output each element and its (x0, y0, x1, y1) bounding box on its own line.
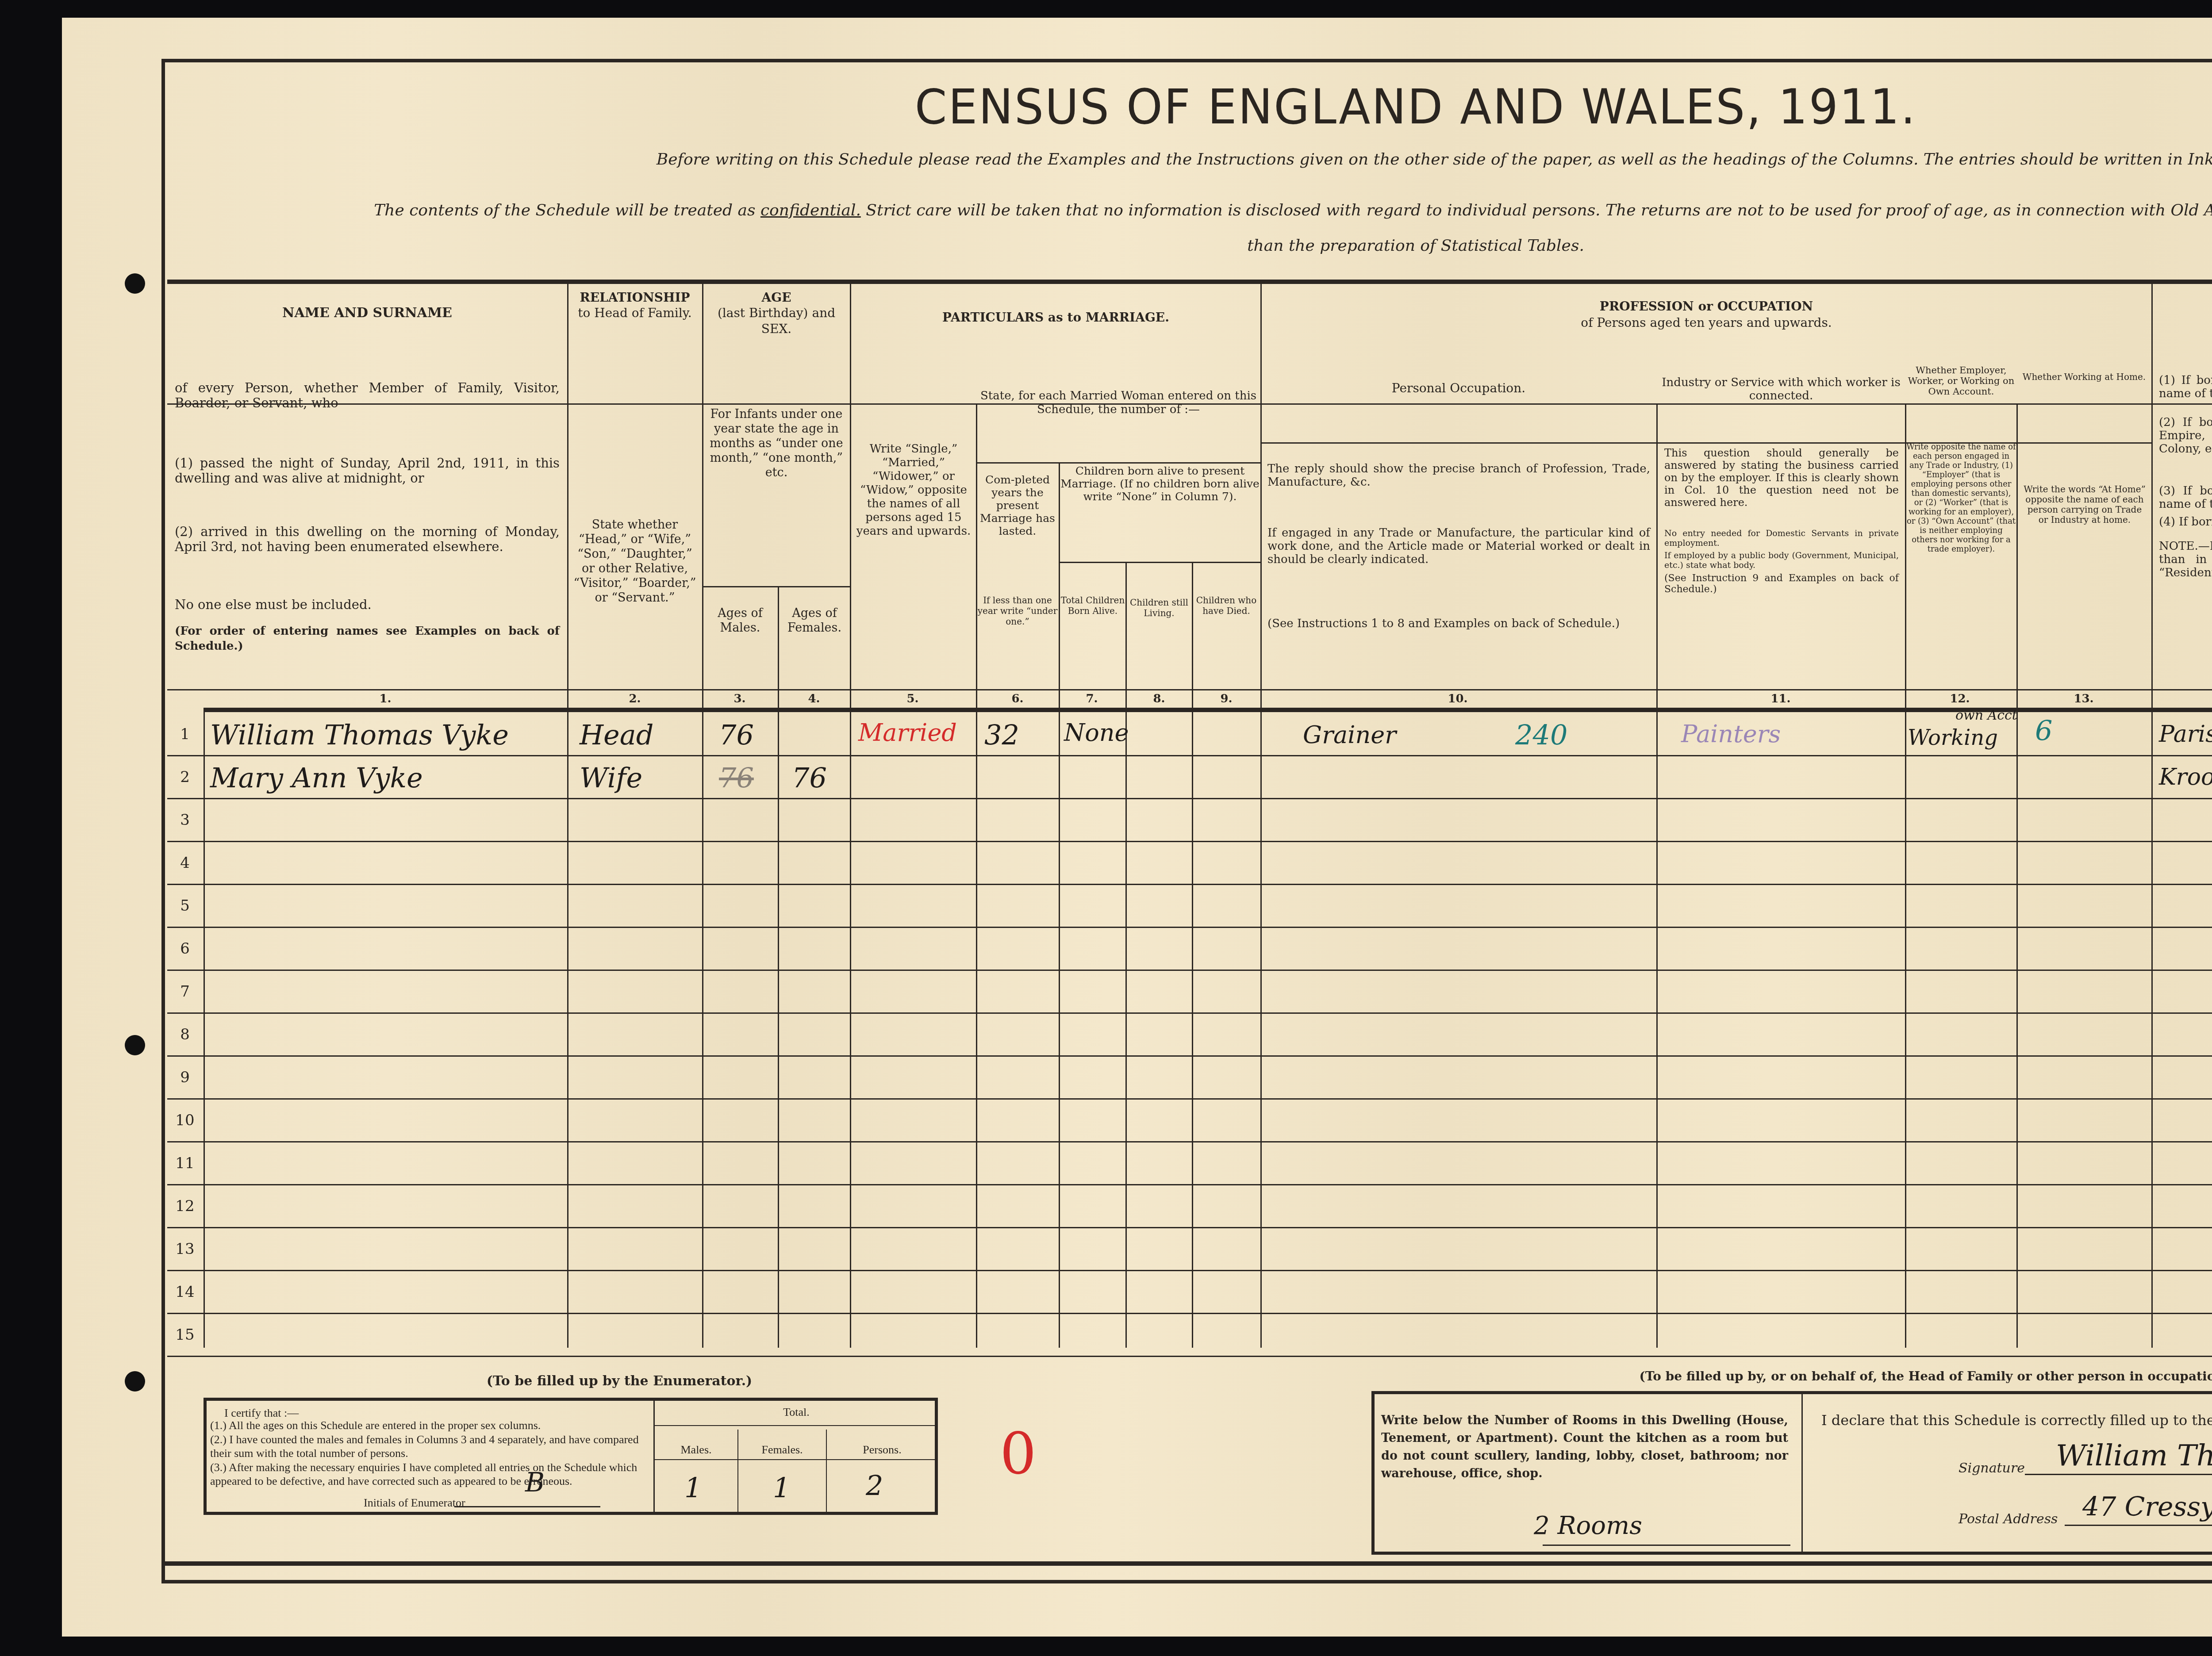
signature-line (2025, 1474, 2212, 1475)
header-employer-desc: Write opposite the name of each person e… (1906, 442, 2016, 554)
row-number: 1 (167, 725, 203, 743)
header-relationship: RELATIONSHIP (568, 290, 701, 306)
col-divider (1260, 280, 1262, 1348)
row-rule (167, 1098, 2212, 1100)
header-relationship-desc: State whether “Head,” or “Wife,” “Son,” … (571, 517, 699, 605)
total-males[interactable]: 1 (684, 1472, 702, 1504)
row-number: 14 (167, 1283, 203, 1301)
row-number: 5 (167, 897, 203, 915)
row-number: 15 (167, 1326, 203, 1344)
enumerator-heading: (To be filled up by the Enumerator.) (398, 1373, 841, 1389)
row-rule (167, 1313, 2212, 1314)
total-divider (826, 1430, 827, 1512)
header-birthplace-note: NOTE.—In the case of persons born elsewh… (2159, 540, 2212, 579)
signature-value[interactable]: William Thomas Vyke (2056, 1438, 2212, 1472)
row1-occupation-code: 240 (1515, 719, 1567, 751)
certify-1: (1.) All the ages on this Schedule are e… (210, 1418, 653, 1432)
row-rule (167, 1141, 2212, 1142)
header-name-desc2: (2) arrived in this dwelling on the morn… (175, 524, 560, 554)
row-number-divider (204, 712, 205, 1348)
row1-marriage[interactable]: Married (858, 719, 957, 747)
header-rule (167, 689, 2212, 690)
confidential-word: confidential. (760, 201, 861, 219)
row-number: 2 (167, 768, 203, 786)
header-marriage-completed-note: If less than one year write “under one.” (977, 595, 1058, 627)
row-number: 13 (167, 1240, 203, 1258)
row-number: 4 (167, 854, 203, 872)
row-rule (167, 1227, 2212, 1228)
row-rule (167, 1012, 2212, 1014)
header-home: Whether Working at Home. (2018, 372, 2151, 382)
header-marriage-children: Children born alive to present Marriage.… (1060, 464, 1260, 503)
row-rule (167, 1270, 2212, 1271)
address-line (2065, 1525, 2212, 1526)
header-personal-desc3: (See Instructions 1 to 8 and Examples on… (1267, 617, 1650, 630)
initials-label: Initials of Enumerator (364, 1496, 465, 1510)
total-females[interactable]: 1 (773, 1472, 790, 1504)
col-divider (702, 280, 703, 1348)
rooms-line (1543, 1545, 1790, 1546)
table-top-rule (167, 280, 2212, 284)
header-personal-desc1: The reply should show the precise branch… (1267, 462, 1650, 489)
column-number: 9. (1213, 692, 1240, 705)
certify-3: (3.) After making the necessary enquirie… (210, 1460, 653, 1488)
column-number: 6. (1004, 692, 1031, 705)
col-divider (1125, 562, 1127, 1348)
header-birthplace-d2: (2) If born in any other part of the Bri… (2159, 416, 2212, 456)
header-profession-sub: of Persons aged ten years and upwards. (1262, 315, 2151, 331)
header-birthplace: BIRTHPLACE (2153, 296, 2212, 312)
rooms-instruction: Write below the Number of Rooms in this … (1381, 1412, 1788, 1483)
column-number: 7. (1079, 692, 1105, 705)
row1-employer-annotation: own Acct (1955, 708, 2017, 723)
total-divider (737, 1430, 738, 1512)
header-name-desc3: No one else must be included. (175, 597, 560, 612)
punch-hole (125, 273, 145, 294)
row-number: 6 (167, 940, 203, 958)
header-industry-desc2: No entry needed for Domestic Servants in… (1664, 529, 1899, 548)
header-birthplace-d3: (3) If born in a Foreign Country, write … (2159, 484, 2212, 511)
total-label: Total. (655, 1405, 938, 1419)
header-marriage: PARTICULARS as to MARRIAGE. (851, 310, 1260, 326)
row1-occupation[interactable]: Grainer (1303, 721, 1396, 749)
row2-birthplace[interactable]: Kroom in Somerset (2159, 764, 2212, 790)
row-number: 11 (167, 1154, 203, 1172)
header-name-desc4: (For order of entering names see Example… (175, 624, 560, 654)
header-personal-desc2: If engaged in any Trade or Manufacture, … (1267, 526, 1650, 566)
column-number: 11. (1767, 692, 1794, 705)
page-title: CENSUS OF ENGLAND AND WALES, 1911. (841, 78, 1991, 135)
punch-hole (125, 1371, 145, 1391)
column-number: 2. (622, 692, 648, 705)
column-number: 8. (1146, 692, 1172, 705)
header-marriage-total: Total Children Born Alive. (1060, 595, 1125, 616)
header-birthplace-d4: (4) If born at sea, write “At Sea.” (2159, 515, 2212, 529)
instruction-line: Before writing on this Schedule please r… (442, 150, 2212, 169)
header-name-intro: of every Person, whether Member of Famil… (175, 380, 560, 410)
col-divider (2151, 280, 2153, 1348)
column-number: 12. (1947, 692, 1973, 705)
confidential-line-2: than the preparation of Statistical Tabl… (841, 237, 1991, 255)
header-marriage-living: Children still Living. (1127, 597, 1191, 618)
row-rule (167, 884, 2212, 885)
declaration: I declare that this Schedule is correctl… (1821, 1412, 2212, 1429)
row-rule (167, 970, 2212, 971)
initials-line (454, 1506, 600, 1507)
column-number: 3. (726, 692, 753, 705)
household-divider (1801, 1394, 1803, 1552)
total-persons[interactable]: 2 (866, 1469, 883, 1502)
confidential-line: The contents of the Schedule will be tre… (186, 201, 2212, 219)
household-heading: (To be filled up by, or on behalf of, th… (1371, 1369, 2212, 1384)
header-age: AGE (703, 290, 849, 306)
row-rule (167, 1055, 2212, 1057)
row-number: 7 (167, 983, 203, 1000)
row1-employer[interactable]: Working (1908, 725, 1998, 750)
certify-label: I certify that :— (224, 1406, 299, 1420)
header-industry-desc4: (See Instruction 9 and Examples on back … (1664, 573, 1899, 595)
row-rule (167, 755, 2212, 756)
household-box: Write below the Number of Rooms in this … (1371, 1391, 2212, 1555)
signature-label: Signature (1959, 1460, 2025, 1476)
header-profession: PROFESSION or OCCUPATION (1262, 299, 2151, 314)
row-rule (167, 841, 2212, 842)
header-age-females: Ages of Females. (780, 606, 849, 635)
row-number: 9 (167, 1069, 203, 1086)
row1-years-married[interactable]: 32 (984, 719, 1019, 751)
col-divider (976, 405, 977, 1348)
column-number: 5. (899, 692, 926, 705)
col-divider (2016, 405, 2018, 1348)
total-rule (655, 1459, 938, 1460)
row2-age-male-struck[interactable]: 76 (719, 762, 754, 794)
row1-name[interactable]: William Thomas Vyke (210, 719, 509, 751)
persons-label: Persons. (827, 1443, 937, 1457)
initials-value[interactable]: B (525, 1467, 545, 1498)
header-relationship-sub: to Head of Family. (568, 305, 701, 321)
row1-industry[interactable]: Painters (1681, 720, 1781, 748)
punch-hole (125, 1035, 145, 1055)
address-label: Postal Address (1959, 1511, 2058, 1527)
row-number: 10 (167, 1112, 203, 1129)
header-age-desc: For Infants under one year state the age… (704, 407, 849, 480)
header-age-sub: (last Birthday) and SEX. (703, 305, 849, 337)
column-number: 10. (1444, 692, 1471, 705)
col-divider (1192, 562, 1193, 1348)
certify-2: (2.) I have counted the males and female… (210, 1433, 653, 1460)
header-rule (976, 462, 1260, 464)
header-rule (1059, 562, 1260, 563)
row1-birthplace[interactable]: Parish of Stepney (2159, 721, 2212, 747)
col-divider (778, 586, 779, 1348)
header-rule (1260, 442, 2151, 444)
header-personal-occupation: Personal Occupation. (1262, 380, 1655, 396)
header-age-males: Ages of Males. (703, 606, 777, 635)
row-number: 12 (167, 1197, 203, 1215)
header-industry: Industry or Service with which worker is… (1658, 376, 1904, 402)
header-name-desc1: (1) passed the night of Sunday, April 2n… (175, 456, 560, 486)
row1-age-male[interactable]: 76 (719, 719, 754, 751)
red-mark: 0 (1000, 1420, 1037, 1487)
row2-relationship[interactable]: Wife (580, 762, 642, 794)
column-number: 4. (801, 692, 827, 705)
row-rule (167, 927, 2212, 928)
data-top-rule (204, 708, 2212, 712)
header-marriage-completed: Com-pleted years the present Marriage ha… (977, 473, 1058, 537)
row-number: 3 (167, 811, 203, 829)
header-marriage-write: Write “Single,” “Married,” “Widower,” or… (852, 442, 975, 538)
header-marriage-state: State, for each Married Woman entered on… (978, 389, 1259, 417)
row-number: 8 (167, 1026, 203, 1043)
header-home-desc: Write the words “At Home” opposite the n… (2022, 484, 2147, 525)
header-marriage-died: Children who have Died. (1193, 595, 1260, 616)
col-divider (1656, 405, 1658, 1348)
header-employer: Whether Employer, Worker, or Working on … (1906, 365, 2016, 397)
col-divider (567, 280, 568, 1348)
row-rule (167, 1356, 2212, 1357)
header-birthplace-sub: of every person. (2153, 312, 2212, 328)
address-value[interactable]: 47 Cressy Houses Hannibal Rd (2082, 1491, 2212, 1522)
row1-children-born[interactable]: None (1064, 719, 1129, 747)
males-label: Males. (655, 1443, 737, 1457)
row-rule (167, 798, 2212, 799)
females-label: Females. (738, 1443, 826, 1457)
header-birthplace-d1: (1) If born in the United Kingdom, write… (2159, 374, 2212, 400)
header-rule (702, 586, 850, 587)
row2-name[interactable]: Mary Ann Vyke (210, 762, 423, 794)
header-name: NAME AND SURNAME (167, 305, 567, 321)
column-number: 13. (2070, 692, 2097, 705)
form-border (161, 59, 2212, 1583)
col-divider (850, 280, 851, 1348)
column-number: 1. (372, 692, 399, 705)
rooms-value[interactable]: 2 Rooms (1534, 1511, 1642, 1540)
total-rule (655, 1425, 938, 1426)
header-industry-desc1: This question should generally be answer… (1664, 447, 1899, 509)
row-rule (167, 1184, 2212, 1185)
header-industry-desc3: If employed by a public body (Government… (1664, 551, 1899, 570)
bottom-rule (165, 1561, 2212, 1566)
row1-relationship[interactable]: Head (580, 719, 653, 751)
row1-employer-code: 6 (2035, 714, 2052, 747)
row2-age-female[interactable]: 76 (792, 762, 827, 794)
enumerator-box: I certify that :— (1.) All the ages on t… (204, 1398, 938, 1515)
